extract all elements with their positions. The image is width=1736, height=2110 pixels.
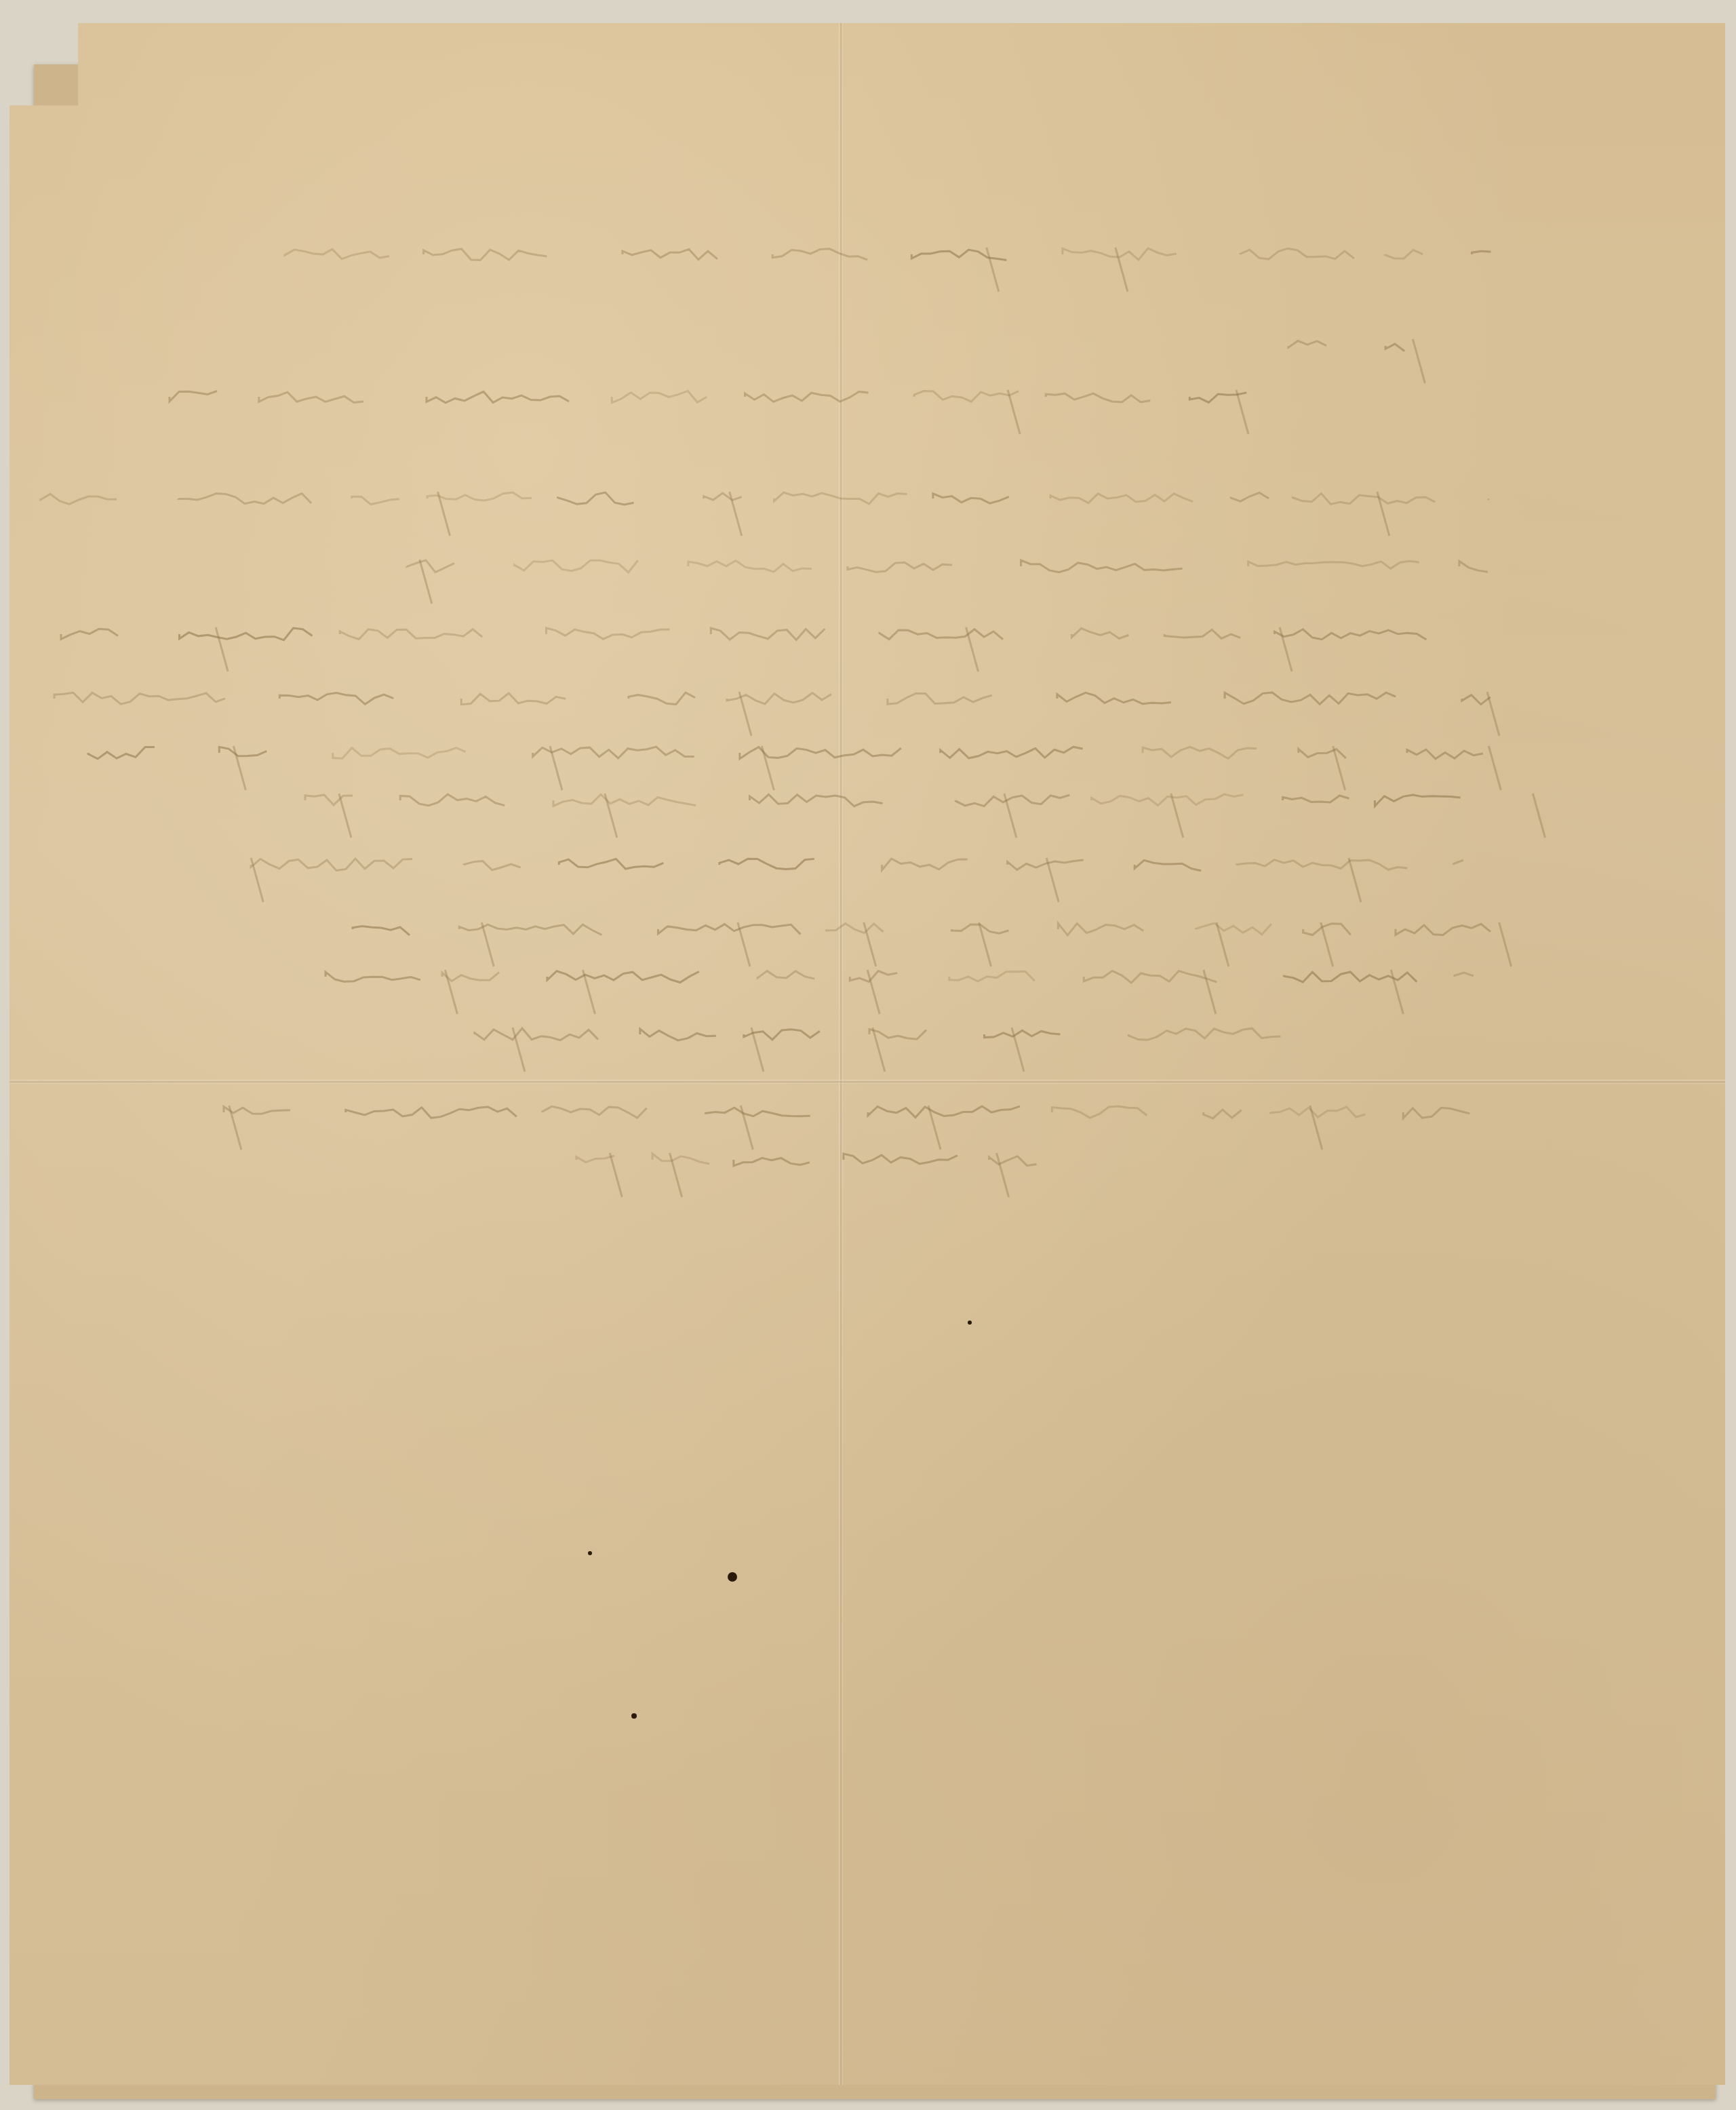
ink-spot bbox=[588, 1551, 592, 1555]
ink-spot bbox=[631, 1713, 637, 1719]
ink-spot bbox=[968, 1321, 972, 1325]
letter-sheet bbox=[9, 23, 1725, 2085]
horizontal-fold-crease bbox=[9, 1080, 1725, 1084]
ink-spot bbox=[728, 1572, 737, 1582]
vertical-fold-crease bbox=[839, 23, 843, 2085]
